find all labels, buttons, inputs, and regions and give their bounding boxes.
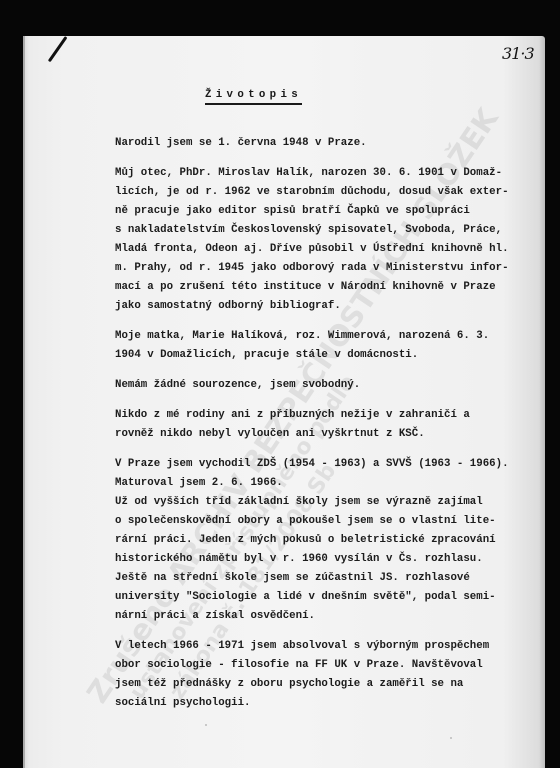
text-line: V Praze jsem vychodil ZDŠ (1954 - 1963) … (115, 455, 509, 474)
text-line: Už od vyšších tříd základní školy jsem s… (115, 493, 509, 512)
document-body: Narodil jsem se 1. června 1948 v Praze.M… (115, 134, 509, 713)
text-line: jako samostatný odborný bibliograf. (115, 297, 509, 316)
text-line: 1904 v Domažlicích, pracuje stále v domá… (115, 346, 509, 365)
text-line: Můj otec, PhDr. Miroslav Halík, narozen … (115, 164, 509, 183)
scan-speck (205, 724, 207, 726)
paragraph: V letech 1966 - 1971 jsem absolvoval s v… (115, 637, 509, 713)
text-line: licích, je od r. 1962 ve starobním důcho… (115, 183, 509, 202)
paragraph: Narodil jsem se 1. června 1948 v Praze. (115, 134, 509, 153)
paragraph: Moje matka, Marie Halíková, roz. Wimmero… (115, 327, 509, 365)
text-line: Mladá fronta, Odeon aj. Dříve působil v … (115, 240, 509, 259)
text-line: jsem též přednášky z oboru psychologie a… (115, 675, 509, 694)
text-line: university "Sociologie a lidé v dnešním … (115, 588, 509, 607)
text-line: obor sociologie - filosofie na FF UK v P… (115, 656, 509, 675)
text-line: Nemám žádné sourozence, jsem svobodný. (115, 376, 509, 395)
text-line: ně pracuje jako editor spisů bratří Čapk… (115, 202, 509, 221)
text-line: mací a po zrušení této instituce v Národ… (115, 278, 509, 297)
paragraph: Můj otec, PhDr. Miroslav Halík, narozen … (115, 164, 509, 316)
text-line: sociální psychologii. (115, 694, 509, 713)
text-line: rovněž nikdo nebyl vyloučen ani vyškrtnu… (115, 425, 509, 444)
text-line: rární práci. Jeden z mých pokusů o belet… (115, 531, 509, 550)
text-line: Moje matka, Marie Halíková, roz. Wimmero… (115, 327, 509, 346)
paragraph: Nemám žádné sourozence, jsem svobodný. (115, 376, 509, 395)
scanned-document: Zrušeno ARCHIV BEZPEČNOSTNÍCH SLOŽEK ust… (0, 0, 560, 768)
text-line: nární práci a získal osvědčení. (115, 607, 509, 626)
text-line: Narodil jsem se 1. června 1948 v Praze. (115, 134, 509, 153)
text-line: s nakladatelstvím Československý spisova… (115, 221, 509, 240)
text-line: Maturoval jsem 2. 6. 1966. (115, 474, 509, 493)
text-line: m. Prahy, od r. 1945 jako odborový rada … (115, 259, 509, 278)
scan-speck (450, 737, 452, 739)
document-title: Životopis (205, 89, 302, 105)
text-line: o společenskovědní obory a pokoušel jsem… (115, 512, 509, 531)
paper-edge (23, 36, 25, 768)
paragraph: Nikdo z mé rodiny ani z příbuzných nežij… (115, 406, 509, 444)
text-line: Nikdo z mé rodiny ani z příbuzných nežij… (115, 406, 509, 425)
paragraph: V Praze jsem vychodil ZDŠ (1954 - 1963) … (115, 455, 509, 626)
handwritten-page-number: 31·3 (502, 44, 534, 63)
text-line: historického námětu byl v r. 1960 vysílá… (115, 550, 509, 569)
text-line: V letech 1966 - 1971 jsem absolvoval s v… (115, 637, 509, 656)
text-line: Ještě na střední škole jsem se zúčastnil… (115, 569, 509, 588)
